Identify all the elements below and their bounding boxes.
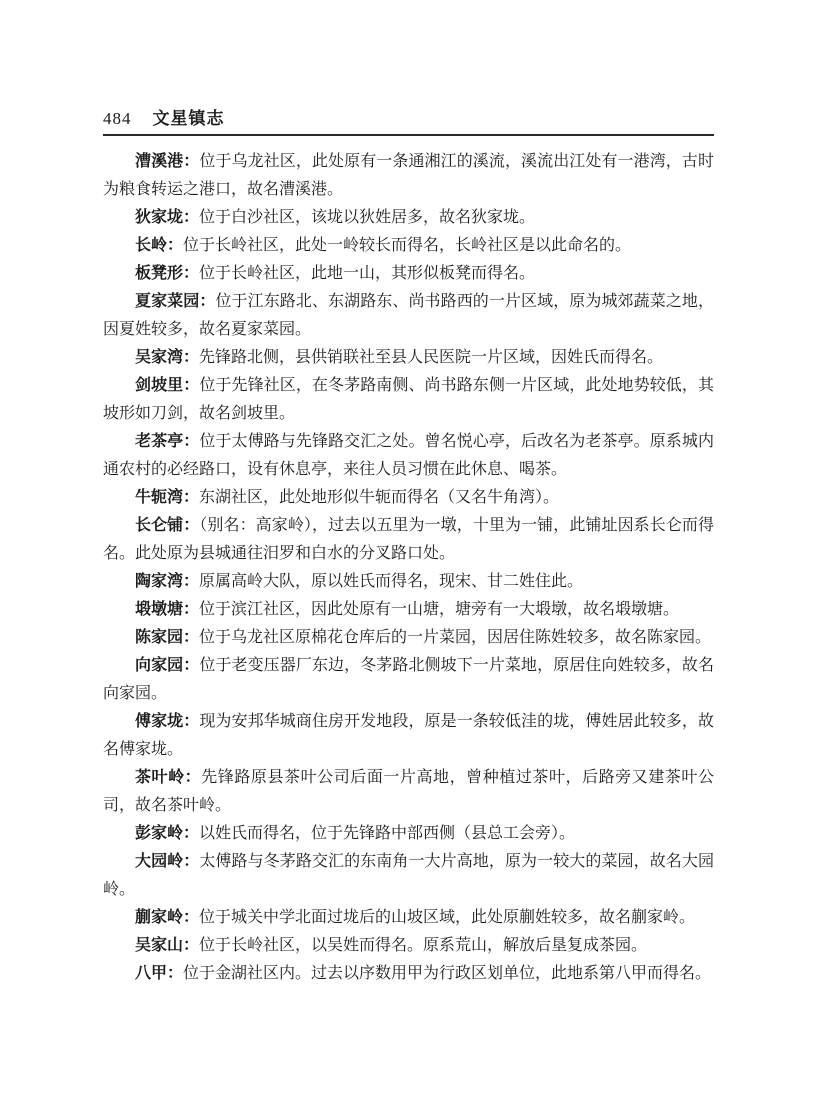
place-entry: 吴家山：位于长岭社区，以吴姓而得名。原系荒山，解放后垦复成茶园。: [103, 932, 714, 960]
place-name: 漕溪港：: [135, 153, 199, 170]
place-entry: 向家园：位于老变压器厂东边，冬茅路北侧坡下一片菜地，原居住向姓较多，故名向家园。: [103, 652, 714, 708]
place-entry: 彭家岭：以姓氏而得名，位于先锋路中部西侧（县总工会旁）。: [103, 820, 714, 848]
place-name: 吴家山：: [135, 937, 199, 954]
place-name: 吴家湾：: [135, 349, 199, 366]
book-title: 文星镇志: [153, 104, 225, 129]
place-name: 塅墩塘：: [135, 601, 199, 618]
place-description: 先锋路北侧，县供销联社至县人民医院一片区域，因姓氏而得名。: [199, 349, 663, 366]
place-description: 位于长岭社区，此地一山，其形似板凳而得名。: [199, 265, 535, 282]
place-name: 蒯家岭：: [135, 909, 199, 926]
place-description: 位于乌龙社区原棉花仓库后的一片菜园，因居住陈姓较多，故名陈家园。: [199, 629, 711, 646]
place-entry: 老茶亭：位于太傅路与先锋路交汇之处。曾名悦心亭，后改名为老茶亭。原系城内通农村的…: [103, 428, 714, 484]
place-name: 傅家垅：: [135, 713, 199, 730]
place-entry: 陶家湾：原属高岭大队，原以姓氏而得名，现宋、甘二姓住此。: [103, 568, 714, 596]
place-entry: 塅墩塘：位于滨江社区，因此处原有一山塘，塘旁有一大塅墩，故名塅墩塘。: [103, 596, 714, 624]
page-content: 484 文星镇志 漕溪港：位于乌龙社区，此处原有一条通湘江的溪流，溪流出江处有一…: [103, 104, 714, 988]
place-name: 夏家菜园：: [135, 293, 215, 310]
place-description: 位于滨江社区，因此处原有一山塘，塘旁有一大塅墩，故名塅墩塘。: [199, 601, 679, 618]
place-entry: 大园岭：太傅路与冬茅路交汇的东南角一大片高地，原为一较大的菜园，故名大园岭。: [103, 848, 714, 904]
place-entry: 茶叶岭：先锋路原县茶叶公司后面一片高地，曾种植过茶叶，后路旁又建茶叶公司，故名茶…: [103, 764, 714, 820]
place-entry: 傅家垅：现为安邦华城商住房开发地段，原是一条较低洼的垅，傅姓居此较多，故名傅家垅…: [103, 708, 714, 764]
place-description: 东湖社区，此处地形似牛轭而得名（又名牛角湾）。: [199, 489, 559, 506]
place-name: 剑坡里：: [135, 377, 199, 394]
place-name: 长岭：: [135, 237, 183, 254]
place-name: 老茶亭：: [135, 433, 199, 450]
place-entry: 夏家菜园：位于江东路北、东湖路东、尚书路西的一片区域，原为城郊蔬菜之地，因夏姓较…: [103, 288, 714, 344]
place-name: 八甲：: [135, 965, 183, 982]
place-description: 位于长岭社区，此处一岭较长而得名，长岭社区是以此命名的。: [183, 237, 631, 254]
place-description: 位于长岭社区，以吴姓而得名。原系荒山，解放后垦复成茶园。: [199, 937, 647, 954]
place-entry: 漕溪港：位于乌龙社区，此处原有一条通湘江的溪流，溪流出江处有一港湾，古时为粮食转…: [103, 148, 714, 204]
place-name: 陶家湾：: [135, 573, 199, 590]
place-entry: 长仑铺：（别名：高家岭），过去以五里为一墩，十里为一铺，此铺址因系长仑而得名。此…: [103, 512, 714, 568]
place-description: 位于城关中学北面过垅后的山坡区域，此处原蒯姓较多，故名蒯家岭。: [199, 909, 695, 926]
place-description: 位于白沙社区，该垅以狄姓居多，故名狄家垅。: [199, 209, 535, 226]
place-entry: 八甲：位于金湖社区内。过去以序数用甲为行政区划单位，此地系第八甲而得名。: [103, 960, 714, 988]
place-name: 狄家垅：: [135, 209, 199, 226]
place-name: 彭家岭：: [135, 825, 199, 842]
place-name: 牛轭湾：: [135, 489, 199, 506]
place-entry: 陈家园：位于乌龙社区原棉花仓库后的一片菜园，因居住陈姓较多，故名陈家园。: [103, 624, 714, 652]
place-entry: 长岭：位于长岭社区，此处一岭较长而得名，长岭社区是以此命名的。: [103, 232, 714, 260]
document-page: 484 文星镇志 漕溪港：位于乌龙社区，此处原有一条通湘江的溪流，溪流出江处有一…: [0, 0, 816, 1099]
place-name: 板凳形：: [135, 265, 199, 282]
entries-list: 漕溪港：位于乌龙社区，此处原有一条通湘江的溪流，溪流出江处有一港湾，古时为粮食转…: [103, 148, 714, 988]
place-entry: 牛轭湾：东湖社区，此处地形似牛轭而得名（又名牛角湾）。: [103, 484, 714, 512]
place-description: 位于金湖社区内。过去以序数用甲为行政区划单位，此地系第八甲而得名。: [183, 965, 711, 982]
page-header: 484 文星镇志: [103, 104, 714, 136]
place-description: 以姓氏而得名，位于先锋路中部西侧（县总工会旁）。: [199, 825, 575, 842]
place-entry: 狄家垅：位于白沙社区，该垅以狄姓居多，故名狄家垅。: [103, 204, 714, 232]
place-entry: 蒯家岭：位于城关中学北面过垅后的山坡区域，此处原蒯姓较多，故名蒯家岭。: [103, 904, 714, 932]
place-name: 大园岭：: [135, 853, 199, 870]
place-name: 长仑铺：: [135, 517, 199, 534]
page-number: 484: [103, 109, 132, 129]
place-name: 茶叶岭：: [135, 769, 201, 786]
place-entry: 板凳形：位于长岭社区，此地一山，其形似板凳而得名。: [103, 260, 714, 288]
place-name: 向家园：: [135, 657, 199, 674]
place-entry: 剑坡里：位于先锋社区，在冬茅路南侧、尚书路东侧一片区域，此处地势较低，其坡形如刀…: [103, 372, 714, 428]
place-description: 原属高岭大队，原以姓氏而得名，现宋、甘二姓住此。: [199, 573, 583, 590]
place-entry: 吴家湾：先锋路北侧，县供销联社至县人民医院一片区域，因姓氏而得名。: [103, 344, 714, 372]
place-name: 陈家园：: [135, 629, 199, 646]
